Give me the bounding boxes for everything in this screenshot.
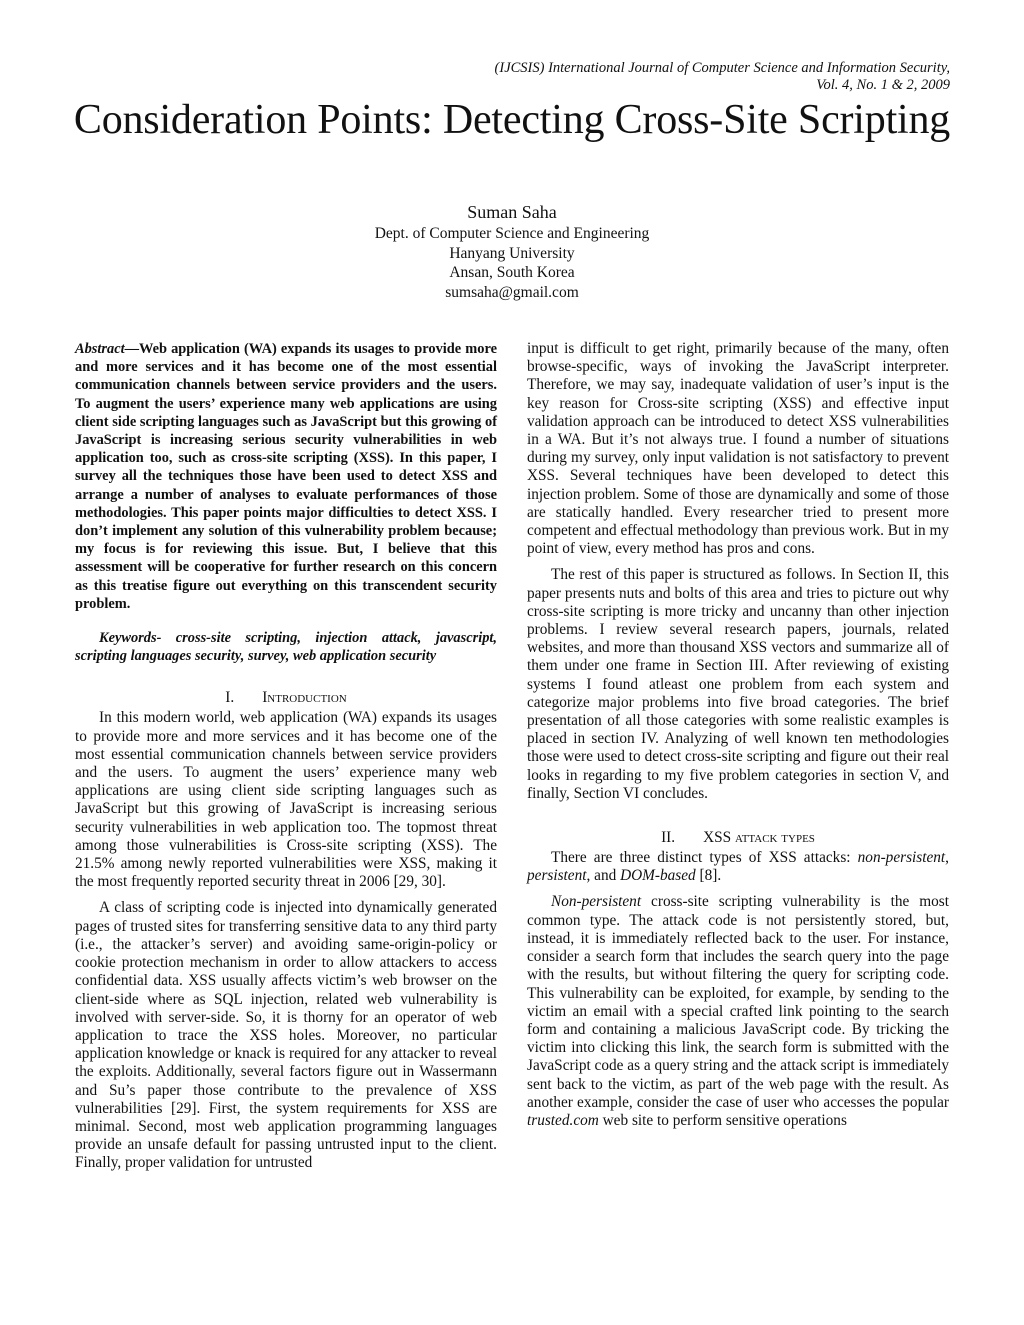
intro-paragraph-3: The rest of this paper is structured as … (527, 566, 949, 803)
term-persistent: persistent (527, 867, 587, 884)
section-title-rest: attack types (735, 829, 815, 846)
intro-paragraph-2-continued: input is difficult to get right, primari… (527, 340, 949, 558)
author-department: Dept. of Computer Science and Engineerin… (0, 224, 1024, 244)
section-heading-introduction: I.Introduction (75, 689, 497, 707)
text: , and (587, 867, 621, 884)
text: , (945, 849, 949, 866)
text: There are three distinct types of XSS at… (551, 849, 858, 866)
section-number: II. (661, 829, 675, 846)
author-email: sumsaha@gmail.com (0, 283, 1024, 303)
term-dom-based: DOM-based (620, 867, 696, 884)
attack-types-intro: There are three distinct types of XSS at… (527, 849, 949, 885)
journal-volume: Vol. 4, No. 1 & 2, 2009 (350, 77, 950, 94)
site-name: trusted.com (527, 1112, 599, 1129)
abstract-text: —Web application (WA) expands its usages… (75, 341, 497, 612)
journal-name: (IJCSIS) International Journal of Comput… (350, 60, 950, 77)
right-column: input is difficult to get right, primari… (527, 340, 949, 1130)
author-university: Hanyang University (0, 244, 1024, 264)
intro-paragraph-1: In this modern world, web application (W… (75, 709, 497, 891)
keywords: Keywords- cross-site scripting, injectio… (75, 629, 497, 665)
left-column: Abstract—Web application (WA) expands it… (75, 340, 497, 1173)
section-title: Introduction (262, 689, 347, 706)
term-non-persistent: non-persistent (858, 849, 946, 866)
section-number: I. (225, 689, 234, 706)
author-name: Suman Saha (0, 201, 1024, 223)
author-block: Suman Saha Dept. of Computer Science and… (0, 201, 1024, 302)
section-title-main: XSS (703, 829, 731, 846)
non-persistent-paragraph: Non-persistent cross-site scripting vuln… (527, 893, 949, 1130)
abstract: Abstract—Web application (WA) expands it… (75, 340, 497, 613)
section-heading-xss-attack-types: II.XSS attack types (527, 829, 949, 847)
term-non-persistent: Non-persistent (551, 893, 641, 910)
abstract-label: Abstract (75, 341, 125, 357)
author-location: Ansan, South Korea (0, 263, 1024, 283)
intro-paragraph-2: A class of scripting code is injected in… (75, 899, 497, 1172)
journal-header: (IJCSIS) International Journal of Comput… (350, 60, 950, 94)
text: web site to perform sensitive operations (599, 1112, 847, 1129)
text: cross-site scripting vulnerability is th… (527, 893, 949, 1110)
citation: [8]. (696, 867, 722, 884)
paper-title: Consideration Points: Detecting Cross-Si… (0, 96, 1024, 144)
